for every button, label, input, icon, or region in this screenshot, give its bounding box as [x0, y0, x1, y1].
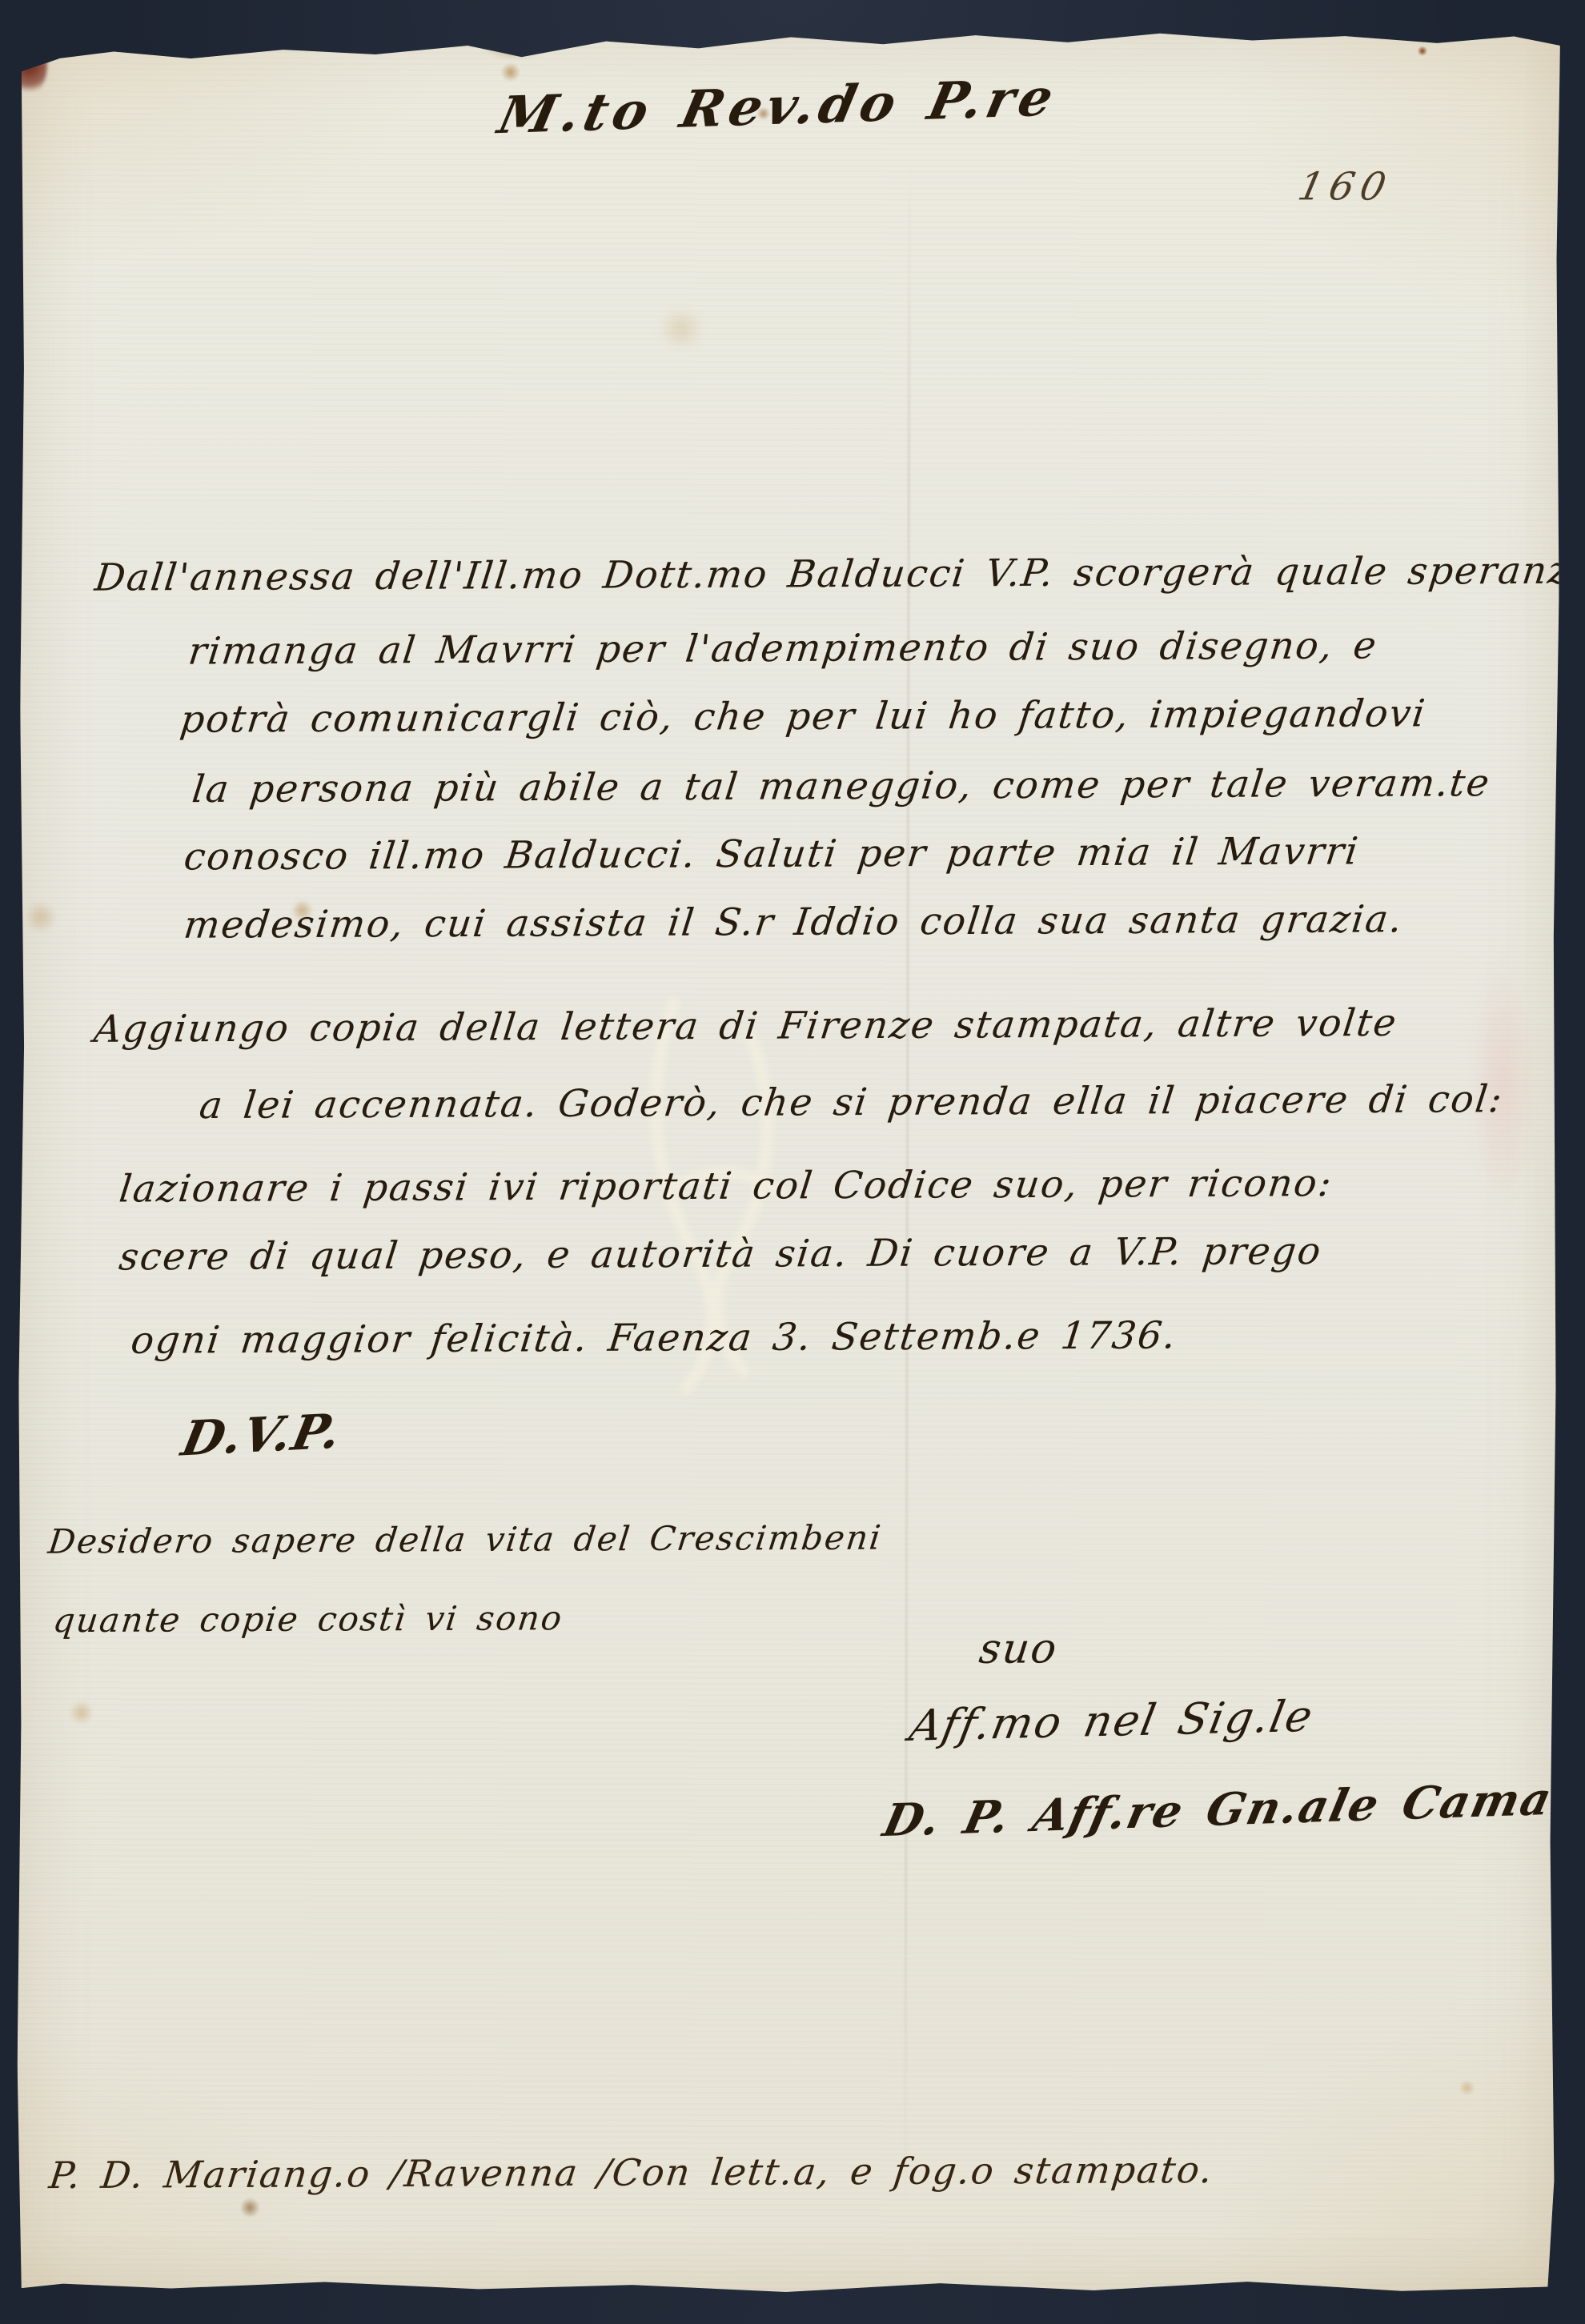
- postscript-line: Desidero sapere della vita del Crescimbe…: [46, 1518, 885, 1561]
- stain-spot: [470, 20, 558, 57]
- stain-spot: [500, 63, 521, 81]
- stain-spot: [23, 901, 58, 933]
- body-line: potrà comunicargli ciò, che per lui ho f…: [178, 691, 1428, 742]
- body-line: scere di qual peso, e autorità sia. Di c…: [117, 1229, 1325, 1279]
- body-line: lazionare i passi ivi riportati col Codi…: [117, 1161, 1335, 1211]
- stain-spot: [1459, 2081, 1476, 2095]
- photo-background: M.to Rev.do P.re 160 Dall'annessa dell'I…: [0, 0, 1585, 2324]
- signature-line: D. P. Aff.re Gn.ale Camald.: [878, 1770, 1585, 1847]
- folio-number: 160: [1294, 164, 1397, 209]
- body-line: a lei accennata. Goderò, che si prenda e…: [197, 1077, 1506, 1128]
- closing-line: suo: [977, 1625, 1061, 1673]
- body-line: medesimo, cui assista il S.r Iddio colla…: [182, 897, 1406, 947]
- stain-spot: [239, 2198, 260, 2218]
- docket-line: P. D. Mariang.o /Ravenna /Con lett.a, e …: [47, 2148, 1217, 2197]
- body-line: conosco ill.mo Balducci. Saluti per part…: [182, 829, 1362, 879]
- stain-spot: [1418, 46, 1427, 56]
- body-line: Aggiungo copia della lettera di Firenze …: [91, 1001, 1399, 1052]
- stain-spot: [653, 311, 709, 347]
- body-line: Dall'annessa dell'Ill.mo Dott.mo Balducc…: [93, 549, 1585, 600]
- stain-spot: [68, 1701, 95, 1724]
- body-line: la persona più abile a tal maneggio, com…: [190, 761, 1493, 811]
- body-line: D.V.P.: [177, 1404, 347, 1468]
- body-line: rimanga al Mavrri per l'adempimento di s…: [186, 623, 1379, 673]
- closing-line: Aff.mo nel Sig.le: [905, 1691, 1318, 1751]
- body-line: ogni maggior felicità. Faenza 3. Settemb…: [129, 1313, 1180, 1362]
- postscript-line: quante copie costì vi sono: [51, 1598, 565, 1640]
- letter-page: M.to Rev.do P.re 160 Dall'annessa dell'I…: [17, 29, 1560, 2294]
- red-corner-mark: [10, 34, 47, 96]
- salutation-line: M.to Rev.do P.re: [493, 68, 1063, 146]
